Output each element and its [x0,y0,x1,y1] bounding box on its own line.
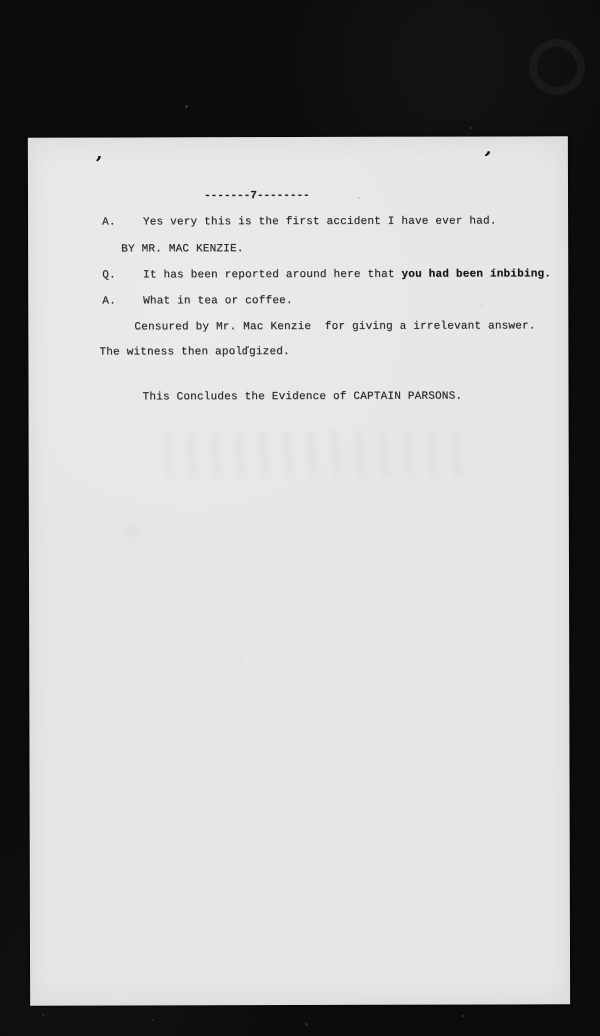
ink-mark-right: ’ [480,148,492,169]
dust-speck [305,1023,308,1026]
bleed-through-smudge [165,431,467,478]
transcript-line-censured: Censured by Mr. Mac Kenzie for giving a … [134,318,535,335]
dust-speck [185,105,188,108]
transcript-line-answer-tea-or-coffee: A. What in tea or coffee. [102,293,292,309]
ring-impression-mark [529,39,585,95]
dust-speck [42,1014,44,1016]
question-overstruck-text: you had been ínbibing. [401,268,551,280]
bleed-through-smudge-small [117,517,145,545]
transcript-line-by-mr-mac-kenzie: BY MR. MAC KENZIE. [121,241,243,257]
dust-speck [470,127,472,129]
dust-speck [462,1015,464,1017]
page-number-marker: -------7-------- [204,188,310,204]
paper-speck [239,657,241,659]
document-page: ’ ’ -------7-------- A. Yes very this is… [28,136,570,1005]
dust-speck [152,1019,154,1021]
paper-speck [358,197,360,199]
transcript-line-conclusion: This Concludes the Evidence of CAPTAIN P… [143,389,463,406]
photographed-black-backdrop: ’ ’ -------7-------- A. Yes very this is… [0,0,600,1036]
transcript-line-apologized: The witness then apolďgized. [99,344,289,360]
question-text: Q. It has been reported around here that [102,269,401,282]
transcript-line-answer-first-accident: A. Yes very this is the first accident I… [102,213,497,230]
paper-speck [480,305,482,307]
transcript-line-question-imbibing: Q. It has been reported around here that… [102,266,551,283]
ink-mark-left: ’ [94,153,102,173]
